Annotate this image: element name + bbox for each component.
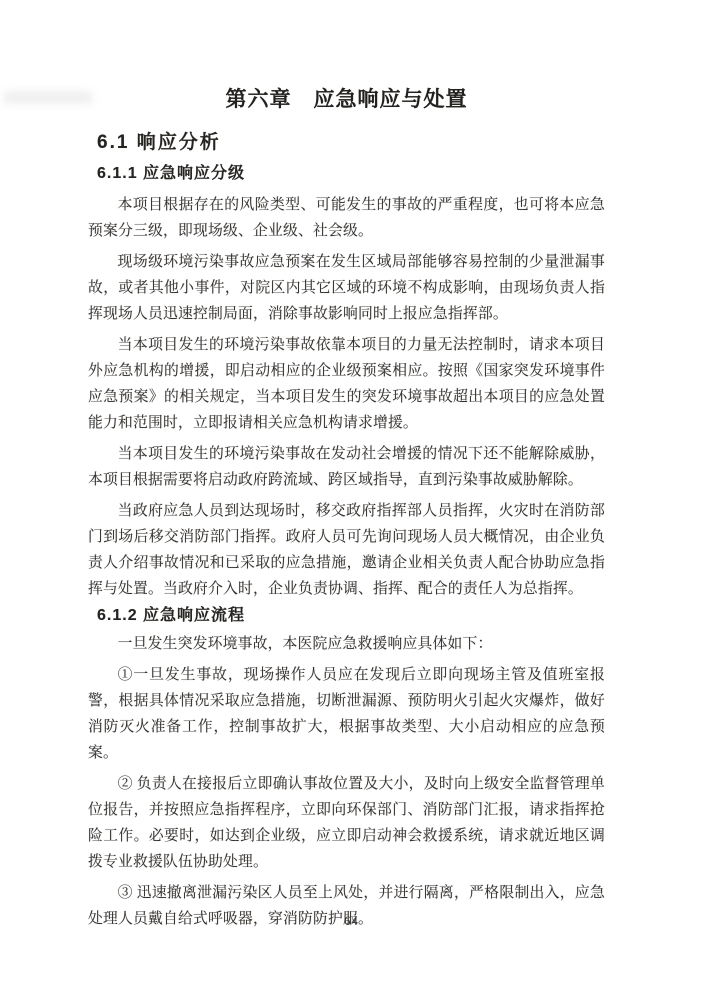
- chapter-title: 第六章 应急响应与处置: [88, 86, 605, 114]
- section-heading-6-1-2: 6.1.2 应急响应流程: [97, 606, 605, 626]
- paragraph-enterprise-level: 当本项目发生的环境污染事故依靠本项目的力量无法控制时，请求本项目外应急机构的增援…: [88, 332, 605, 436]
- section-heading-6-1-1: 6.1.1 应急响应分级: [97, 164, 605, 184]
- document-page: 第六章 应急响应与处置 6.1 响应分析 6.1.1 应急响应分级 本项目根据存…: [0, 0, 703, 994]
- paragraph-step-2: ② 负责人在接报后立即确认事故位置及大小，及时向上级安全监督管理单位报告，并按照…: [88, 771, 605, 875]
- page-number: 64: [0, 914, 703, 929]
- paragraph-government-handover: 当政府应急人员到达现场时，移交政府指挥部人员指挥，火灾时在消防部门到场后移交消防…: [88, 498, 605, 602]
- section-heading-6-1: 6.1 响应分析: [97, 131, 605, 154]
- page-content: 第六章 应急响应与处置 6.1 响应分析 6.1.1 应急响应分级 本项目根据存…: [88, 86, 605, 932]
- scan-artifact: [4, 91, 92, 104]
- paragraph-response-intro: 一旦发生突发环境事故，本医院应急救援响应具体如下：: [88, 631, 605, 657]
- paragraph-social-level: 当本项目发生的环境污染事故在发动社会增援的情况下还不能解除威胁，本项目根据需要将…: [88, 441, 605, 493]
- paragraph-step-1: ①一旦发生事故，现场操作人员应在发现后立即向现场主管及值班室报警，根据具体情况采…: [88, 662, 605, 766]
- paragraph-site-level: 现场级环境污染事故应急预案在发生区域局部能够容易控制的少量泄漏事故，或者其他小事…: [88, 249, 605, 327]
- paragraph-risk-levels: 本项目根据存在的风险类型、可能发生的事故的严重程度，也可将本应急预案分三级，即现…: [88, 192, 605, 244]
